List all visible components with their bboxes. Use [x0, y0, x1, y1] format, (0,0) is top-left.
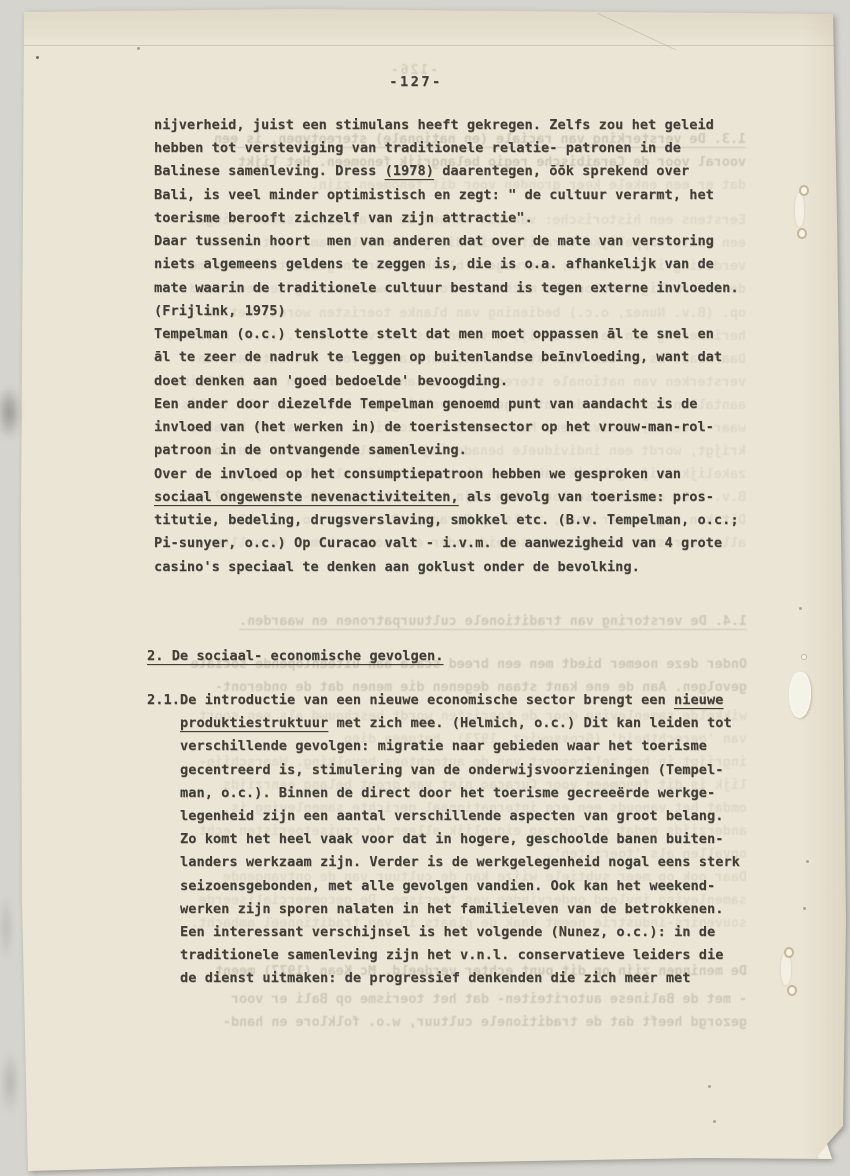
typewritten-line: casino's speciaal te denken aan goklust …: [154, 559, 640, 576]
typewritten-line: produktiestruktuur met zich mee. (Helmic…: [180, 715, 732, 732]
page-number: -127-: [366, 74, 466, 90]
typewritten-line: Zo komt het heel vaak voor dat in hogere…: [180, 831, 723, 848]
speck: [806, 860, 809, 863]
ghost-line: - met de Balinese autoriteiten- dat het …: [135, 991, 747, 1008]
paper-top-crease-band: [0, 0, 850, 46]
typewritten-line: āl te zeer de nadruk te leggen op buiten…: [154, 349, 722, 366]
ghost-line: gezorgd heeft dat de traditionele cultuu…: [135, 1014, 747, 1031]
typewritten-line: Over de invloed op het consumptiepatroon…: [154, 466, 681, 483]
typewritten-line: legenheid zijn een aantal verschillende …: [180, 808, 723, 825]
typewritten-line: Daar tussenin hoort men van anderen dat …: [154, 233, 714, 250]
ghost-line: 1.4. De verstoring van traditionele cult…: [135, 613, 747, 630]
paper-right-shading: [802, 0, 850, 1176]
typewritten-line: Balinese samenleving. Dress (1978) daare…: [154, 163, 689, 180]
pinhole-mark: [797, 228, 807, 239]
speck: [713, 1120, 716, 1123]
typewritten-line: verschillende gevolgen: migratie naar ge…: [180, 738, 707, 755]
typewritten-line: mate waarin de traditionele cultuur best…: [154, 280, 739, 297]
typewritten-line: sociaal ongewenste nevenactiviteiten, al…: [154, 489, 714, 506]
typewritten-line: patroon in de ontvangende samenleving.: [154, 442, 467, 459]
typewritten-line: Bali, is veel minder optimistisch en zeg…: [154, 187, 714, 204]
speck: [36, 56, 39, 59]
typewritten-line: toerisme berooft zichzelf van zijn attra…: [154, 210, 533, 227]
section-heading: 2. De sociaal- economische gevolgen.: [147, 648, 443, 665]
scratch-mark: [795, 193, 804, 227]
speck: [708, 1085, 711, 1088]
background-smudge: [0, 1050, 20, 1115]
typewritten-line: landers werkzaam zijn. Verder is de werk…: [180, 854, 740, 871]
paper-sheet: 1.3. De versterking van raciale (en nati…: [0, 0, 850, 1176]
paper-surface: 1.3. De versterking van raciale (en nati…: [0, 0, 850, 1176]
typewritten-line: man, o.c.). Binnen de direct door het to…: [180, 785, 715, 802]
pinhole-mark: [787, 985, 797, 996]
typewritten-line: 2.1.De introductie van een nieuwe econom…: [147, 692, 723, 709]
typewritten-line: gecentreerd is, stimulering van de onder…: [180, 762, 723, 779]
typewritten-line: werken zijn sporen nalaten in het famili…: [180, 901, 723, 918]
typewritten-line: hebben tot versteviging van traditionele…: [154, 140, 681, 157]
typewritten-line: (Frijlink, 1975): [154, 303, 286, 320]
typewritten-line: titutie, bedeling, drugsverslaving, smok…: [154, 512, 739, 529]
speck: [803, 907, 806, 910]
typewritten-line: Tempelman (o.c.) tenslotte stelt dat men…: [154, 326, 714, 343]
speck: [799, 607, 802, 610]
typewritten-line: Een interessant verschijnsel is het volg…: [180, 924, 715, 941]
scanned-document-page: 1.3. De versterking van raciale (en nati…: [0, 0, 850, 1176]
typewritten-line: seizoensgebonden, met alle gevolgen vand…: [180, 878, 715, 895]
typewritten-line: doet denken aan 'goed bedoelde' bevoogdi…: [154, 373, 508, 390]
typewritten-line: Pi-sunyer, o.c.) Op Curacao valt - i.v.m…: [154, 535, 722, 552]
typewritten-line: de dienst uitmaken: de progressief denke…: [180, 970, 691, 987]
pinhole-mark: [784, 947, 794, 958]
speck: [137, 47, 140, 50]
typewritten-line: nijverheid, juist een stimulans heeft ge…: [154, 117, 714, 134]
pinhole-mark: [799, 185, 809, 196]
typewritten-line: niets algemeens geldens te zeggen is, di…: [154, 256, 714, 273]
typewritten-line: Een ander door diezelfde Tempelman genoe…: [154, 396, 697, 413]
typewritten-line: traditionele samenleving zijn het v.n.l.…: [180, 947, 723, 964]
typewritten-line: invloed van (het werken in) de toeristen…: [154, 419, 714, 436]
pinhole-mark: [801, 654, 807, 660]
